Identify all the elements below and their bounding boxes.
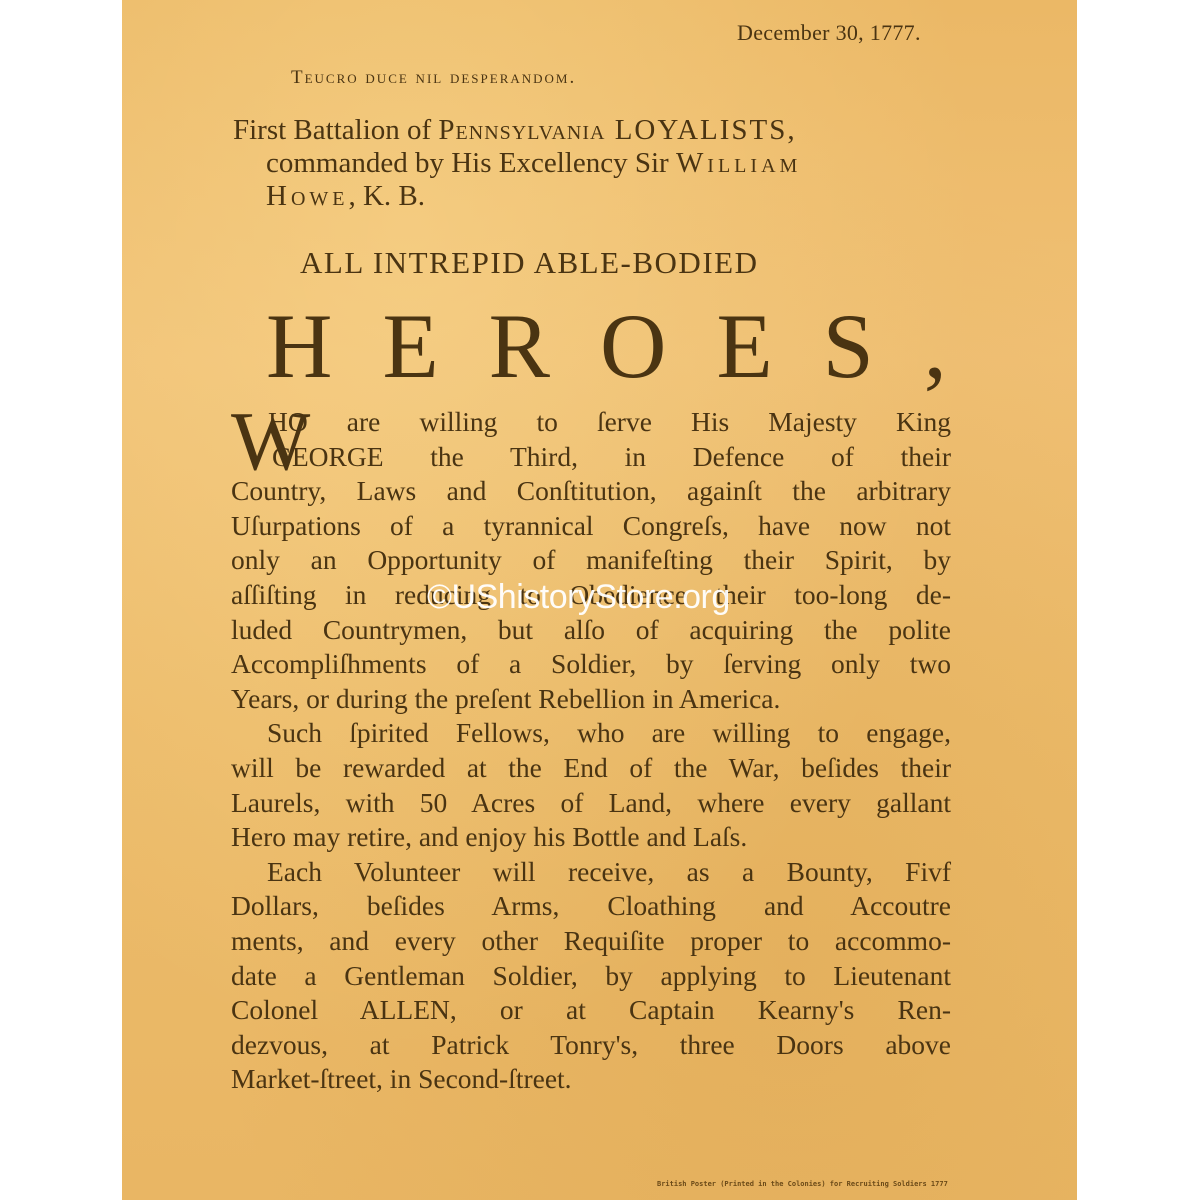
body-line: will be rewarded at the End of the War, … — [231, 751, 951, 786]
body-line: Hero may retire, and enjoy his Bottle an… — [231, 820, 951, 855]
body-line: Accompliſhments of a Soldier, by ſerving… — [231, 647, 951, 682]
body-line: GEORGE the Third, in Defence of their — [231, 440, 951, 475]
poster-subtitle: ALL INTREPID ABLE-BODIED — [300, 245, 758, 281]
poster-title: HEROES, — [266, 296, 997, 396]
body-line: Uſurpations of a tyrannical Congreſs, ha… — [231, 509, 951, 544]
heading-line-2: commanded by His Excellency Sir William — [233, 147, 801, 180]
battalion-heading: First Battalion of Pennsylvania LOYALIST… — [233, 114, 801, 213]
body-line: HO are willing to ſerve His Majesty King — [231, 405, 951, 440]
body-line: Colonel ALLEN, or at Captain Kearny's Re… — [231, 993, 951, 1028]
heading-line-3: Howe, K. B. — [233, 180, 801, 213]
body-line: Country, Laws and Conſtitution, againſt … — [231, 474, 951, 509]
poster-date: December 30, 1777. — [737, 20, 921, 46]
body-line: ments, and every other Requiſite proper … — [231, 924, 951, 959]
body-line: dezvous, at Patrick Tonry's, three Doors… — [231, 1028, 951, 1063]
poster-body: HO are willing to ſerve His Majesty King… — [231, 405, 951, 1097]
body-line: Each Volunteer will receive, as a Bounty… — [231, 855, 951, 890]
body-line: only an Opportunity of manifeſting their… — [231, 543, 951, 578]
heading-line-1: First Battalion of Pennsylvania LOYALIST… — [233, 114, 801, 147]
body-line: Laurels, with 50 Acres of Land, where ev… — [231, 786, 951, 821]
body-line: Dollars, beſides Arms, Cloathing and Acc… — [231, 889, 951, 924]
poster-caption: British Poster (Printed in the Colonies)… — [657, 1180, 948, 1188]
body-line: luded Countrymen, but alſo of acquiring … — [231, 613, 951, 648]
copyright-watermark: ©UShistoryStore.org — [427, 578, 730, 617]
body-line: date a Gentleman Soldier, by applying to… — [231, 959, 951, 994]
body-line: Such ſpirited Fellows, who are willing t… — [231, 716, 951, 751]
body-line: Market-ſtreet, in Second-ſtreet. — [231, 1062, 951, 1097]
poster-motto: Teucro duce nil desperandom. — [291, 67, 576, 89]
body-line: Years, or during the preſent Rebellion i… — [231, 682, 951, 717]
